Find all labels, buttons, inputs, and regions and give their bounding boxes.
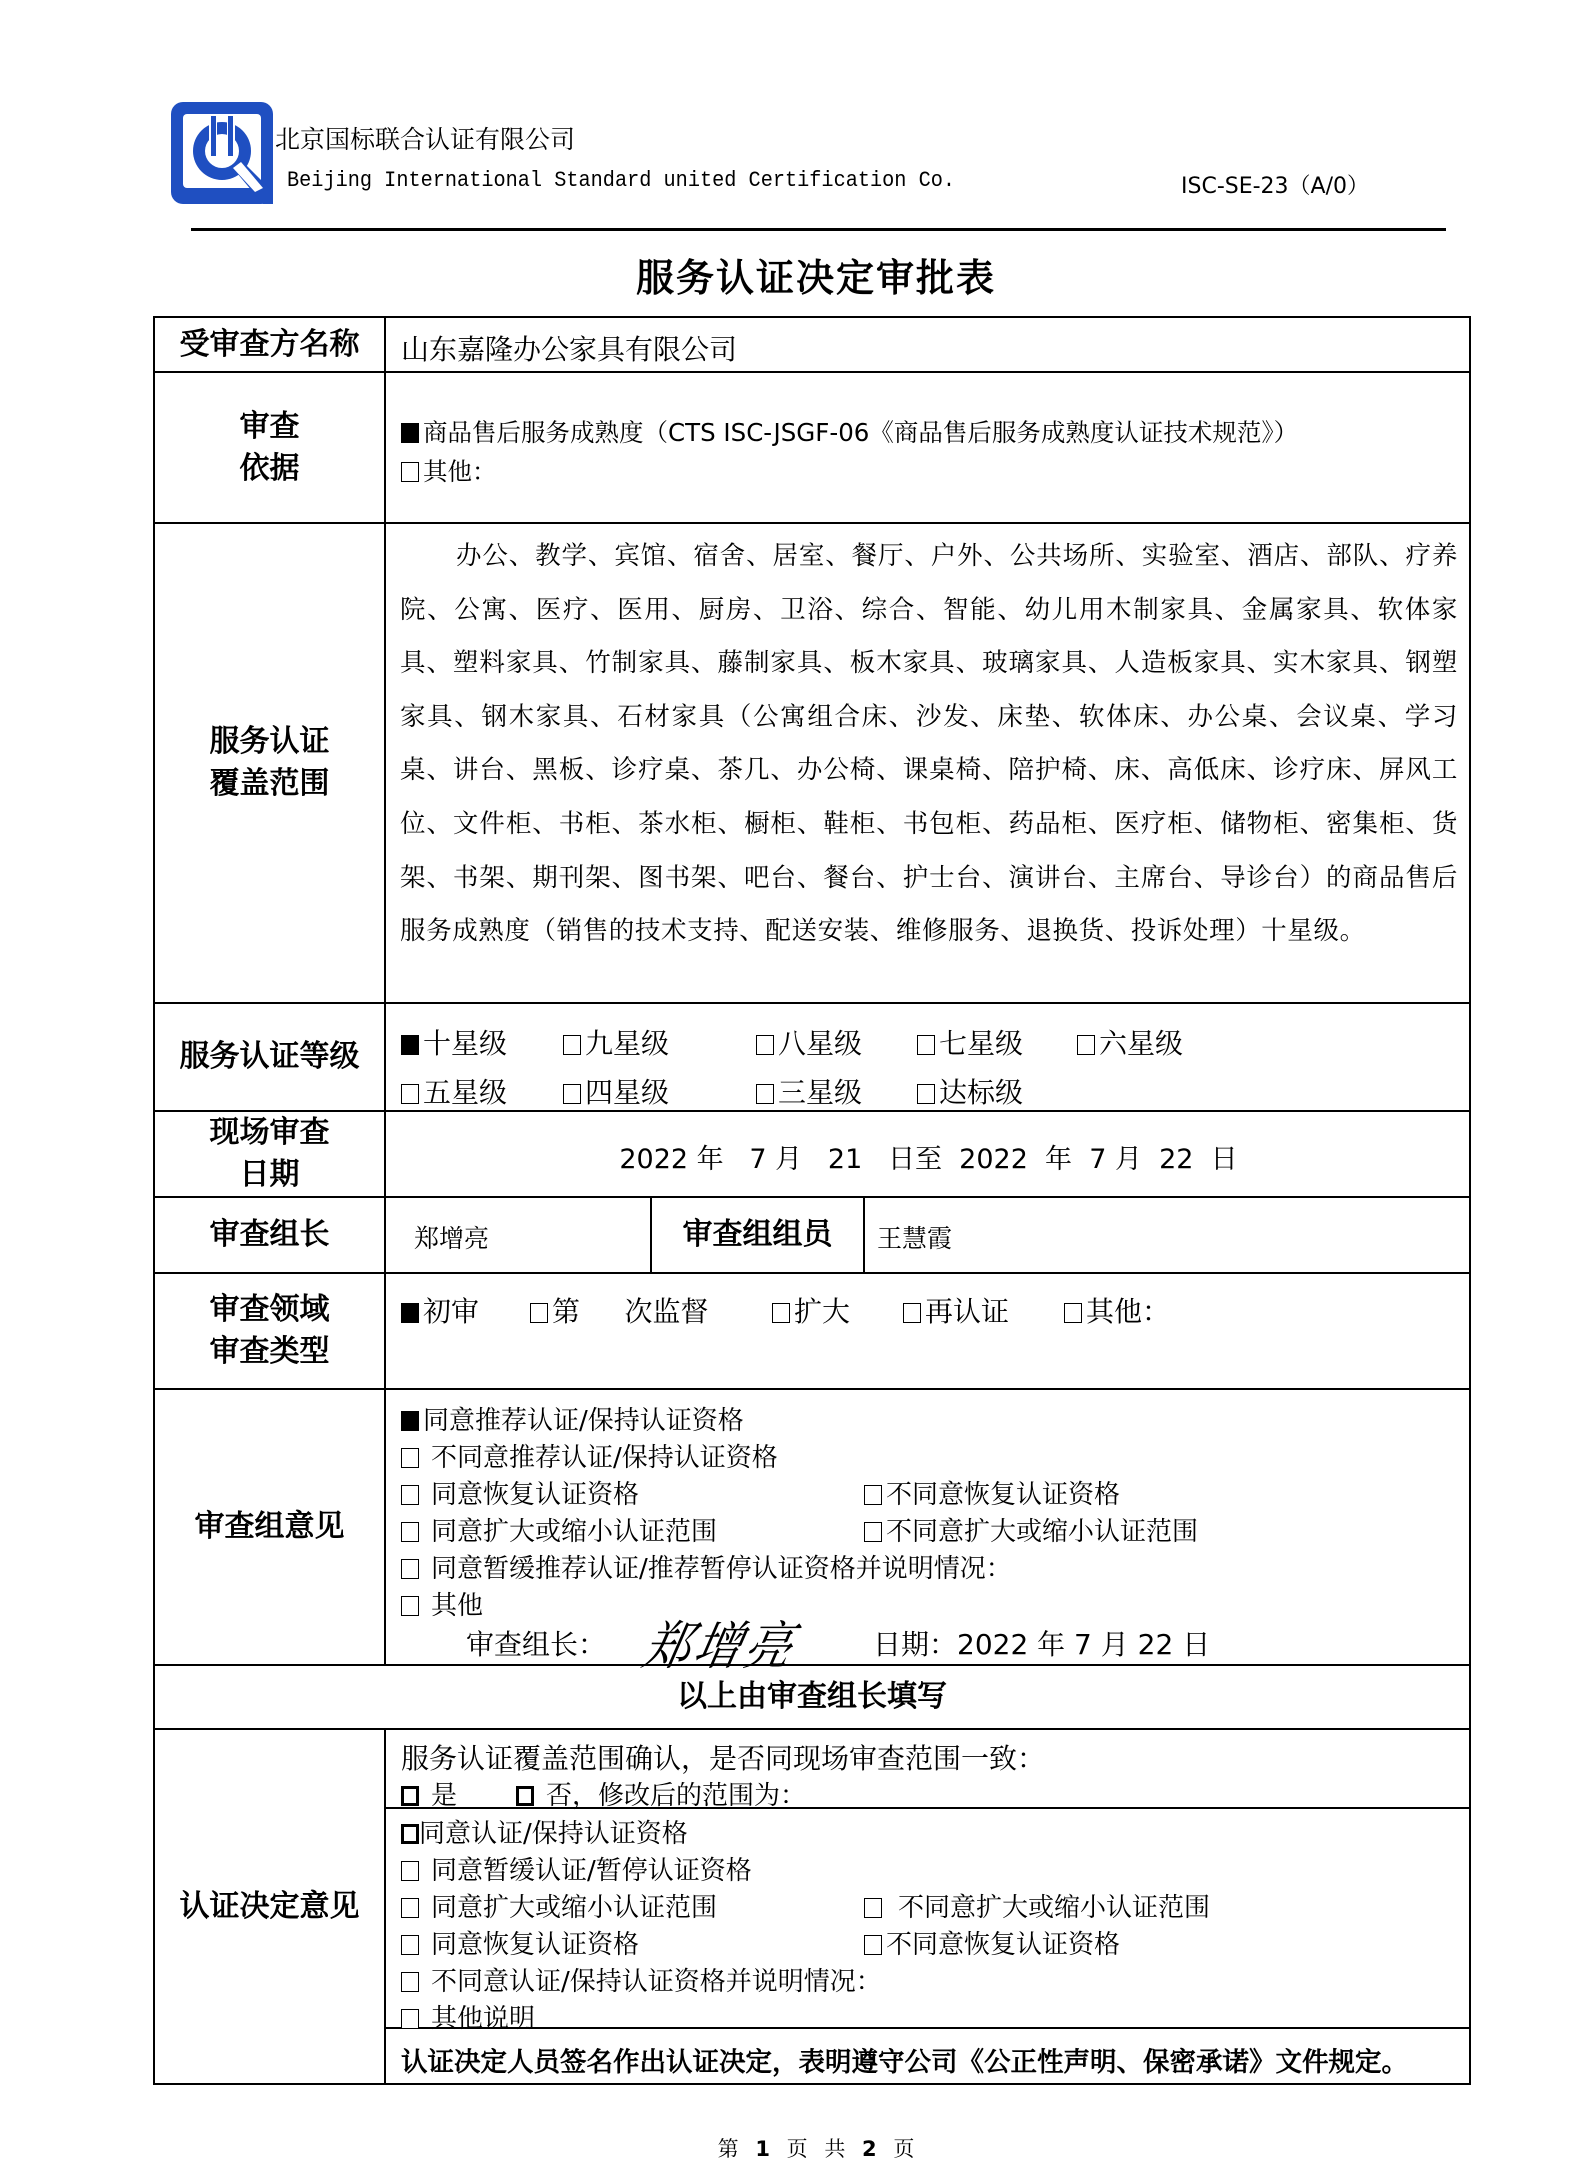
checkbox-unchecked[interactable] bbox=[864, 1522, 882, 1542]
checkbox-unchecked[interactable] bbox=[563, 1035, 581, 1055]
opinion-agree-recommend[interactable]: 同意推荐认证/保持认证资格 bbox=[401, 1400, 744, 1437]
auditee-label: 受审查方名称 bbox=[155, 318, 384, 371]
checkbox-unchecked[interactable] bbox=[401, 1786, 419, 1806]
checkbox-unchecked[interactable] bbox=[530, 1303, 548, 1323]
level-option-standard[interactable]: 达标级 bbox=[917, 1071, 1023, 1111]
type-option-extension[interactable]: 扩大 bbox=[772, 1290, 850, 1330]
checkbox-unchecked[interactable] bbox=[401, 1861, 419, 1881]
type-option-surveillance[interactable]: 第 次监督 bbox=[530, 1290, 709, 1330]
checkbox-unchecked[interactable] bbox=[401, 1596, 419, 1616]
decision-other[interactable]: 其他说明 bbox=[401, 1998, 535, 2035]
column-divider bbox=[384, 316, 386, 1664]
member-value: 王慧霞 bbox=[877, 1219, 952, 1255]
audit-type-label: 审查领域 审查类型 bbox=[155, 1274, 384, 1388]
row-divider bbox=[385, 2027, 1471, 2029]
basis-option-other[interactable]: 其他： bbox=[401, 453, 497, 488]
page-number: 第 1 页 共 2 页 bbox=[0, 2133, 1587, 2163]
signer-label: 审查组长： bbox=[466, 1623, 606, 1663]
document-number: ISC-SE-23（A/0） bbox=[1181, 169, 1369, 200]
scope-confirm-question: 服务认证覆盖范围确认，是否同现场审查范围一致： bbox=[401, 1737, 1045, 1777]
header-divider bbox=[191, 228, 1446, 231]
checkbox-unchecked[interactable] bbox=[401, 1485, 419, 1505]
checkbox-unchecked[interactable] bbox=[864, 1935, 882, 1955]
column-divider bbox=[384, 1728, 386, 2085]
decision-disagree-scope-change[interactable]: 不同意扩大或缩小认证范围 bbox=[864, 1887, 1210, 1924]
opinion-disagree-restore[interactable]: 不同意恢复认证资格 bbox=[864, 1474, 1120, 1511]
checkbox-unchecked[interactable] bbox=[401, 1522, 419, 1542]
opinion-agree-scope-change[interactable]: 同意扩大或缩小认证范围 bbox=[401, 1511, 717, 1548]
opinion-agree-restore[interactable]: 同意恢复认证资格 bbox=[401, 1474, 639, 1511]
type-option-initial[interactable]: 初审 bbox=[401, 1290, 479, 1330]
company-name-cn: 北京国标联合认证有限公司 bbox=[275, 120, 575, 156]
leader-value: 郑增亮 bbox=[414, 1219, 489, 1255]
decision-label: 认证决定意见 bbox=[155, 1730, 384, 2083]
opinion-postpone[interactable]: 同意暂缓推荐认证/推荐暂停认证资格并说明情况： bbox=[401, 1548, 1012, 1585]
audit-date-label: 现场审查 日期 bbox=[155, 1112, 384, 1196]
checkbox-checked[interactable] bbox=[401, 423, 419, 443]
level-label: 服务认证等级 bbox=[155, 1004, 384, 1110]
leader-label: 审查组长 bbox=[155, 1198, 384, 1272]
scope-text: 办公、教学、宾馆、宿舍、居室、餐厅、户外、公共场所、实验室、酒店、部队、疗养院、… bbox=[400, 530, 1458, 959]
checkbox-checked[interactable] bbox=[401, 1035, 419, 1055]
opinion-disagree-scope-change[interactable]: 不同意扩大或缩小认证范围 bbox=[864, 1511, 1198, 1548]
basis-label: 审查 依据 bbox=[155, 373, 384, 522]
company-name-en: Beijing International Standard united Ce… bbox=[287, 168, 955, 193]
decision-agree-restore[interactable]: 同意恢复认证资格 bbox=[401, 1924, 639, 1961]
checkbox-unchecked[interactable] bbox=[756, 1035, 774, 1055]
checkbox-unchecked[interactable] bbox=[401, 1972, 419, 1992]
checkbox-unchecked[interactable] bbox=[917, 1035, 935, 1055]
scope-label: 服务认证 覆盖范围 bbox=[155, 524, 384, 1002]
checkbox-unchecked[interactable] bbox=[401, 1559, 419, 1579]
decision-agree-scope-change[interactable]: 同意扩大或缩小认证范围 bbox=[401, 1887, 717, 1924]
checkbox-unchecked[interactable] bbox=[401, 462, 419, 482]
checkbox-unchecked[interactable] bbox=[401, 1935, 419, 1955]
level-option-8[interactable]: 八星级 bbox=[756, 1022, 862, 1062]
checkbox-unchecked[interactable] bbox=[401, 2009, 419, 2029]
decision-postpone[interactable]: 同意暂缓认证/暂停认证资格 bbox=[401, 1850, 752, 1887]
checkbox-unchecked[interactable] bbox=[401, 1898, 419, 1918]
column-divider bbox=[863, 1196, 865, 1272]
logo-icon bbox=[171, 102, 273, 204]
type-option-recertification[interactable]: 再认证 bbox=[903, 1290, 1009, 1330]
audit-date-value: 2022 年 7 月 21 日至 2022 年 7 月 22 日 bbox=[386, 1137, 1471, 1176]
opinion-disagree-recommend[interactable]: 不同意推荐认证/保持认证资格 bbox=[401, 1437, 778, 1474]
level-option-10[interactable]: 十星级 bbox=[401, 1022, 507, 1062]
opinion-date: 日期：2022 年 7 月 22 日 bbox=[873, 1623, 1210, 1663]
level-option-3[interactable]: 三星级 bbox=[756, 1071, 862, 1111]
opinion-other[interactable]: 其他 bbox=[401, 1585, 483, 1622]
checkbox-unchecked[interactable] bbox=[917, 1084, 935, 1104]
decision-disagree-restore[interactable]: 不同意恢复认证资格 bbox=[864, 1924, 1120, 1961]
checkbox-unchecked[interactable] bbox=[401, 1448, 419, 1468]
company-logo bbox=[171, 102, 273, 204]
decision-disagree[interactable]: 不同意认证/保持认证资格并说明情况： bbox=[401, 1961, 882, 1998]
filled-by-note: 以上由审查组长填写 bbox=[155, 1666, 1469, 1728]
checkbox-checked[interactable] bbox=[401, 1303, 419, 1323]
member-label: 审查组组员 bbox=[652, 1198, 863, 1272]
level-option-4[interactable]: 四星级 bbox=[563, 1071, 669, 1111]
checkbox-unchecked[interactable] bbox=[401, 1824, 419, 1844]
checkbox-unchecked[interactable] bbox=[864, 1898, 882, 1918]
type-option-other[interactable]: 其他： bbox=[1064, 1290, 1170, 1330]
checkbox-unchecked[interactable] bbox=[1064, 1303, 1082, 1323]
checkbox-unchecked[interactable] bbox=[516, 1786, 534, 1806]
scope-confirm-no[interactable]: 否，修改后的范围为： bbox=[516, 1775, 806, 1812]
checkbox-unchecked[interactable] bbox=[563, 1084, 581, 1104]
auditee-value: 山东嘉隆办公家具有限公司 bbox=[401, 328, 737, 368]
level-option-7[interactable]: 七星级 bbox=[917, 1022, 1023, 1062]
checkbox-unchecked[interactable] bbox=[401, 1084, 419, 1104]
level-option-9[interactable]: 九星级 bbox=[563, 1022, 669, 1062]
checkbox-unchecked[interactable] bbox=[772, 1303, 790, 1323]
level-option-6[interactable]: 六星级 bbox=[1077, 1022, 1183, 1062]
decision-agree[interactable]: 同意认证/保持认证资格 bbox=[401, 1813, 688, 1850]
scope-confirm-yes[interactable]: 是 bbox=[401, 1775, 457, 1812]
checkbox-unchecked[interactable] bbox=[864, 1485, 882, 1505]
decision-statement: 认证决定人员签名作出认证决定，表明遵守公司《公正性声明、保密承诺》文件规定。 bbox=[401, 2040, 1408, 2079]
level-option-5[interactable]: 五星级 bbox=[401, 1071, 507, 1111]
checkbox-checked[interactable] bbox=[401, 1411, 419, 1431]
basis-option-cts[interactable]: 商品售后服务成熟度（CTS ISC-JSGF-06《商品售后服务成熟度认证技术规… bbox=[401, 414, 1298, 449]
checkbox-unchecked[interactable] bbox=[903, 1303, 921, 1323]
page-title: 服务认证决定审批表 bbox=[0, 247, 1587, 302]
checkbox-unchecked[interactable] bbox=[756, 1084, 774, 1104]
team-opinion-label: 审查组意见 bbox=[155, 1390, 384, 1664]
checkbox-unchecked[interactable] bbox=[1077, 1035, 1095, 1055]
